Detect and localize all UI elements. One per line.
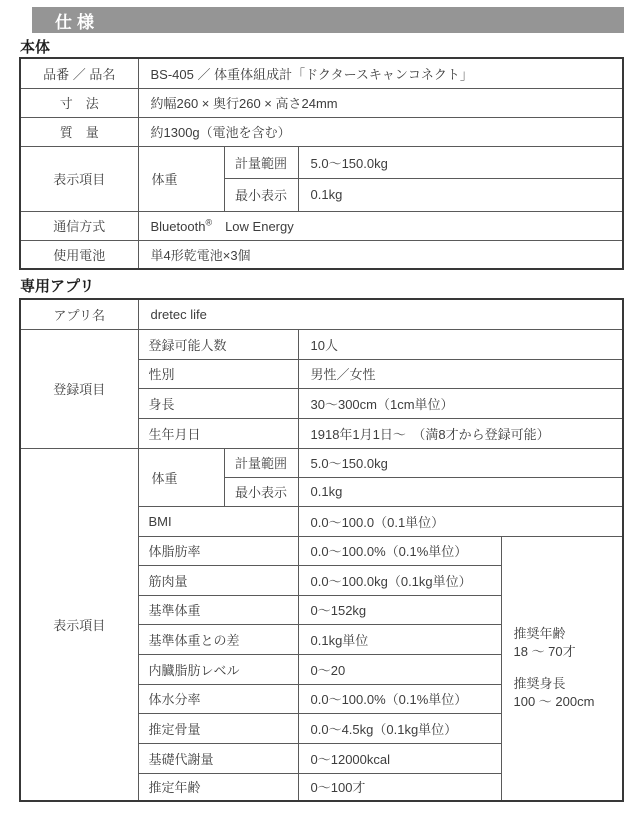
display-row-value: 0.0～100.0%（0.1%単位）	[298, 536, 501, 565]
table-row: 質 量 約1300g（電池を含む）	[20, 117, 623, 146]
min-display-label: 最小表示	[224, 477, 298, 506]
reg-row-label: 生年月日	[138, 418, 298, 448]
dimensions-label: 寸 法	[20, 88, 138, 117]
display-row-label: 基礎代謝量	[138, 743, 298, 773]
model-label: 品番 ／ 品名	[20, 58, 138, 88]
display-row-value: 0.0～100.0%（0.1%単位）	[298, 684, 501, 713]
bluetooth-rest: Low Energy	[212, 219, 294, 234]
display-row-value: 0～12000kcal	[298, 743, 501, 773]
communication-value: Bluetooth® Low Energy	[138, 211, 623, 240]
display-row-value: 0.0～100.0kg（0.1kg単位）	[298, 565, 501, 595]
display-row-label: 体水分率	[138, 684, 298, 713]
reg-row-label: 性別	[138, 359, 298, 388]
reg-row-value: 30～300cm（1cm単位）	[298, 388, 623, 418]
bmi-label: BMI	[138, 506, 298, 536]
mass-value: 約1300g（電池を含む）	[138, 117, 623, 146]
display-row-label: 推定骨量	[138, 713, 298, 743]
range-value: 5.0～150.0kg	[298, 448, 623, 477]
reg-row-value: 10人	[298, 329, 623, 359]
app-name-label: アプリ名	[20, 299, 138, 329]
display-row-label: 基準体重との差	[138, 624, 298, 654]
heading-dedicated-app: 専用アプリ	[20, 275, 94, 296]
note-spacer	[514, 661, 623, 675]
model-value: BS-405 ／ 体重体組成計「ドクタースキャンコネクト」	[138, 58, 623, 88]
recommended-height-value: 100 ～ 200cm	[514, 693, 623, 711]
weight-item-label: 体重	[138, 448, 224, 506]
display-row-value: 0～100才	[298, 773, 501, 801]
recommended-height-label: 推奨身長	[514, 675, 623, 693]
table-row: 品番 ／ 品名 BS-405 ／ 体重体組成計「ドクタースキャンコネクト」	[20, 58, 623, 88]
min-display-value: 0.1kg	[298, 178, 623, 211]
mass-label: 質 量	[20, 117, 138, 146]
display-row-label: 内臓脂肪レベル	[138, 654, 298, 684]
communication-label: 通信方式	[20, 211, 138, 240]
display-row-label: 筋肉量	[138, 565, 298, 595]
range-label: 計量範囲	[224, 448, 298, 477]
reg-row-value: 男性／女性	[298, 359, 623, 388]
app-spec-table: アプリ名 dretec life 登録項目 登録可能人数 10人 性別 男性／女…	[19, 298, 624, 802]
registration-items-label: 登録項目	[20, 329, 138, 448]
display-row-value: 0.1kg単位	[298, 624, 501, 654]
app-name-value: dretec life	[138, 299, 623, 329]
table-row: アプリ名 dretec life	[20, 299, 623, 329]
display-row-label: 体脂肪率	[138, 536, 298, 565]
table-row: 寸 法 約幅260 × 奥行260 × 高さ24mm	[20, 88, 623, 117]
display-row-label: 推定年齢	[138, 773, 298, 801]
table-row: 表示項目 体重 計量範囲 5.0～150.0kg	[20, 146, 623, 178]
display-row-value: 0.0～4.5kg（0.1kg単位）	[298, 713, 501, 743]
range-value: 5.0～150.0kg	[298, 146, 623, 178]
table-row: 表示項目 体重 計量範囲 5.0～150.0kg	[20, 448, 623, 477]
page-title: 仕様	[32, 8, 99, 33]
table-row: 使用電池 単4形乾電池×3個	[20, 240, 623, 269]
battery-label: 使用電池	[20, 240, 138, 269]
battery-value: 単4形乾電池×3個	[138, 240, 623, 269]
display-row-value: 0～152kg	[298, 595, 501, 624]
recommended-age-value: 18 ～ 70才	[514, 643, 623, 661]
table-row: 通信方式 Bluetooth® Low Energy	[20, 211, 623, 240]
weight-item-label: 体重	[138, 146, 224, 211]
heading-main-unit: 本体	[20, 36, 50, 57]
spec-title-bar: 仕様	[32, 7, 624, 33]
display-items-label: 表示項目	[20, 146, 138, 211]
display-row-value: 0～20	[298, 654, 501, 684]
dimensions-value: 約幅260 × 奥行260 × 高さ24mm	[138, 88, 623, 117]
min-display-label: 最小表示	[224, 178, 298, 211]
display-items-label: 表示項目	[20, 448, 138, 801]
display-row-label: 基準体重	[138, 595, 298, 624]
reg-row-label: 身長	[138, 388, 298, 418]
reg-row-label: 登録可能人数	[138, 329, 298, 359]
table-row: 登録項目 登録可能人数 10人	[20, 329, 623, 359]
recommended-range-note: 推奨年齢 18 ～ 70才 推奨身長 100 ～ 200cm	[501, 536, 623, 801]
bmi-value: 0.0～100.0（0.1単位）	[298, 506, 623, 536]
min-display-value: 0.1kg	[298, 477, 623, 506]
range-label: 計量範囲	[224, 146, 298, 178]
reg-row-value: 1918年1月1日～ （満8才から登録可能）	[298, 418, 623, 448]
recommended-age-label: 推奨年齢	[514, 625, 623, 643]
main-unit-spec-table: 品番 ／ 品名 BS-405 ／ 体重体組成計「ドクタースキャンコネクト」 寸 …	[19, 57, 624, 270]
bluetooth-brand: Bluetooth	[151, 219, 206, 234]
